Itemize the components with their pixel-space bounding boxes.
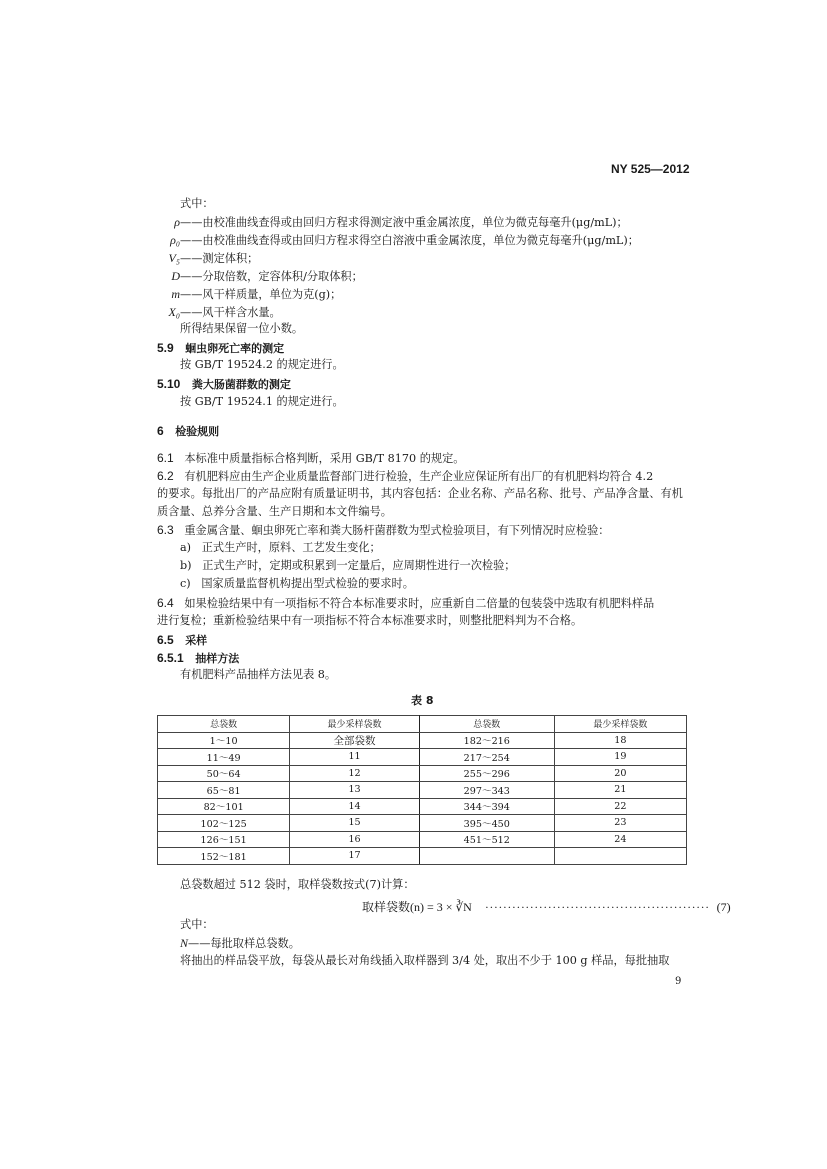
col-header-min-samples-2: 最少采样袋数 <box>554 716 686 733</box>
formula-number: (7) <box>717 900 731 914</box>
cell: 12 <box>290 765 420 782</box>
sampling-procedure-text: 将抽出的样品袋平放，每袋从最长对角线插入取样器到 3/4 处，取出不少于 100… <box>180 954 669 968</box>
cell: 16 <box>290 831 420 848</box>
cell: 102～125 <box>158 815 290 832</box>
formula-intro: 总袋数超过 512 袋时，取样袋数按式(7)计算： <box>180 878 415 892</box>
cell: 82～101 <box>158 798 290 815</box>
section-5-9-heading: 5.9 蛔虫卵死亡率的测定 <box>157 340 284 356</box>
var-n: N——每批取样总袋数。 <box>180 936 300 951</box>
section-6-2-line3: 质含量、总养分含量、生产日期和本文件编号。 <box>157 505 392 519</box>
col-header-total-bags-2: 总袋数 <box>419 716 554 733</box>
cell: 182～216 <box>419 732 554 749</box>
section-6-5-1-heading: 6.5.1 抽样方法 <box>157 650 239 666</box>
cell: 23 <box>554 815 686 832</box>
list-item-b: b) 正式生产时，定期或积累到一定量后，应周期性进行一次检验； <box>180 559 515 573</box>
cell: 451～512 <box>419 831 554 848</box>
table-header-row: 总袋数 最少采样袋数 总袋数 最少采样袋数 <box>158 716 687 733</box>
section-6-4-line2: 进行复检；重新检验结果中有一项指标不符合本标准要求时，则整批肥料判为不合格。 <box>157 614 582 628</box>
section-5-9-body: 按 GB/T 19524.2 的规定进行。 <box>180 358 344 372</box>
cell: 21 <box>554 782 686 799</box>
table-caption: 表 8 <box>411 692 433 708</box>
cell: 255～296 <box>419 765 554 782</box>
formula-where-label: 式中： <box>180 197 214 211</box>
result-note: 所得结果保留一位小数。 <box>180 322 303 336</box>
cell: 297～343 <box>419 782 554 799</box>
section-5-10-heading: 5.10 粪大肠菌群数的测定 <box>157 376 291 392</box>
cell: 65～81 <box>158 782 290 799</box>
cell: 13 <box>290 782 420 799</box>
cell: 22 <box>554 798 686 815</box>
col-header-total-bags-1: 总袋数 <box>158 716 290 733</box>
cell: 344～394 <box>419 798 554 815</box>
var-rho: ρ——由校准曲线查得或由回归方程求得测定液中重金属浓度，单位为微克每毫升(μg/… <box>160 215 628 230</box>
cell: 18 <box>554 732 686 749</box>
cell: 11 <box>290 749 420 766</box>
cell <box>554 848 686 865</box>
var-m: m——风干样质量，单位为克(g)； <box>160 287 341 302</box>
cell: 15 <box>290 815 420 832</box>
formula-expression: 取样袋数(n) = 3 × ∛N <box>362 900 472 914</box>
var-x0: X₀——风干样含水量。 <box>160 305 281 320</box>
cell: 全部袋数 <box>290 732 420 749</box>
list-item-c: c) 国家质量监督机构提出型式检验的要求时。 <box>180 577 414 591</box>
table-row: 11～4911217～25419 <box>158 749 687 766</box>
document-id: NY 525—2012 <box>611 162 690 176</box>
cell: 17 <box>290 848 420 865</box>
formula-leader-dots: ········································… <box>485 900 710 914</box>
table-row: 50～6412255～29620 <box>158 765 687 782</box>
cell: 20 <box>554 765 686 782</box>
formula-where-label-2: 式中： <box>180 918 214 932</box>
cell: 126～151 <box>158 831 290 848</box>
sampling-table: 总袋数 最少采样袋数 总袋数 最少采样袋数 1～10全部袋数182～21618 … <box>157 715 687 865</box>
cell: 50～64 <box>158 765 290 782</box>
page-number: 9 <box>675 975 681 989</box>
section-6-2-line2: 的要求。每批出厂的产品应附有质量证明书，其内容包括：企业名称、产品名称、批号、产… <box>157 487 683 501</box>
section-5-10-body: 按 GB/T 19524.1 的规定进行。 <box>180 395 344 409</box>
cell: 14 <box>290 798 420 815</box>
col-header-min-samples-1: 最少采样袋数 <box>290 716 420 733</box>
table-row: 152～18117 <box>158 848 687 865</box>
cell: 395～450 <box>419 815 554 832</box>
cell: 11～49 <box>158 749 290 766</box>
table-row: 65～8113297～34321 <box>158 782 687 799</box>
cell: 1～10 <box>158 732 290 749</box>
table-row: 1～10全部袋数182～21618 <box>158 732 687 749</box>
var-d: D——分取倍数，定容体积/分取体积； <box>160 269 363 284</box>
table-row: 102～12515395～45023 <box>158 815 687 832</box>
section-6-5-heading: 6.5 采样 <box>157 632 207 648</box>
var-rho0: ρ₀——由校准曲线查得或由回归方程求得空白溶液中重金属浓度，单位为微克每毫升(μ… <box>160 233 639 248</box>
section-6-4-line1: 6.4 如果检验结果中有一项指标不符合本标准要求时，应重新自二倍量的包装袋中选取… <box>157 596 654 611</box>
cell: 152～181 <box>158 848 290 865</box>
cell: 217～254 <box>419 749 554 766</box>
section-6-3: 6.3 重金属含量、蛔虫卵死亡率和粪大肠杆菌群数为型式检验项目，有下列情况时应检… <box>157 523 610 538</box>
cell <box>419 848 554 865</box>
formula-7: 取样袋数(n) = 3 × ∛N ·······················… <box>362 898 731 915</box>
var-v5: V₅——测定体积； <box>160 251 258 266</box>
cell: 19 <box>554 749 686 766</box>
section-6-heading: 6 检验规则 <box>157 423 219 439</box>
cell: 24 <box>554 831 686 848</box>
list-item-a: a) 正式生产时，原料、工艺发生变化； <box>180 541 381 555</box>
section-6-1: 6.1 本标准中质量指标合格判断，采用 GB/T 8170 的规定。 <box>157 451 464 466</box>
table-row: 126～15116451～51224 <box>158 831 687 848</box>
section-6-5-1-body: 有机肥料产品抽样方法见表 8。 <box>180 668 336 682</box>
table-row: 82～10114344～39422 <box>158 798 687 815</box>
section-6-2-line1: 6.2 有机肥料应由生产企业质量监督部门进行检验，生产企业应保证所有出厂的有机肥… <box>157 469 653 484</box>
